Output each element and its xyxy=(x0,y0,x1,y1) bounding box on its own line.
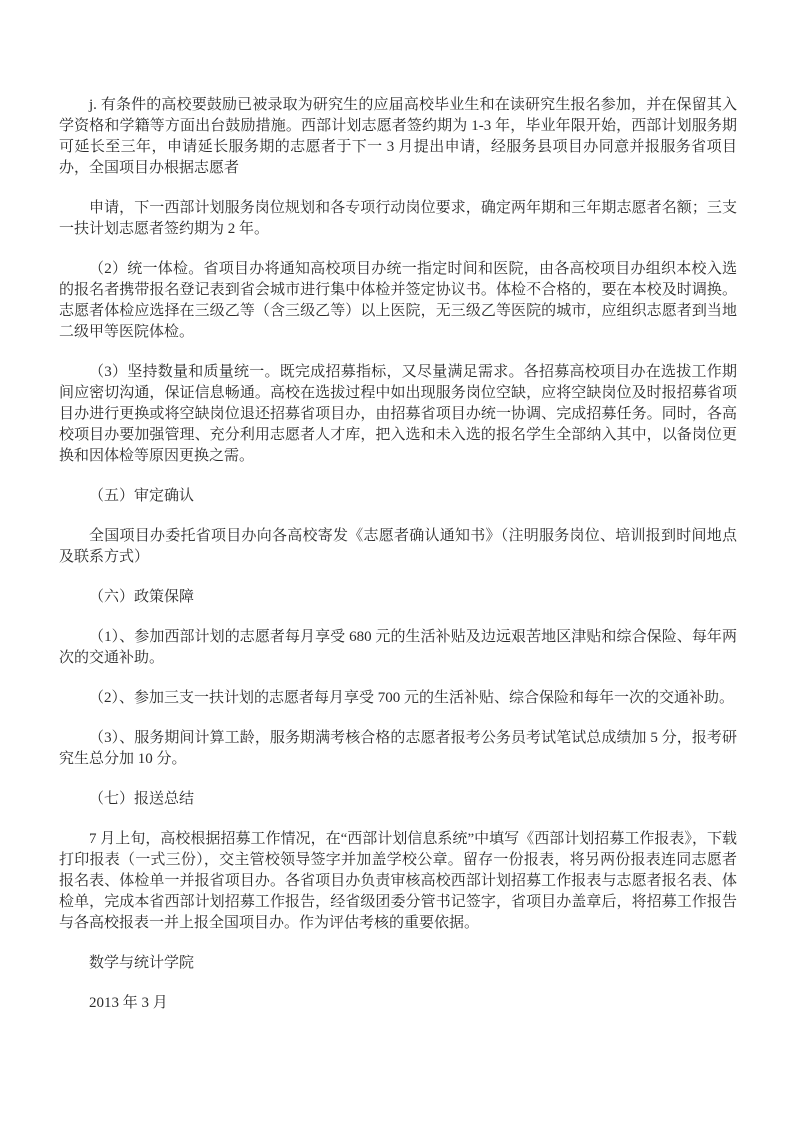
section-heading-7-report-summary: （七）报送总结 xyxy=(59,789,737,810)
body-paragraph-grad-student-encouragement: j. 有条件的高校要鼓励已被录取为研究生的应届高校毕业生和在读研究生报名参加，并… xyxy=(59,95,737,179)
body-paragraph-west-plan-subsidy: （1）、参加西部计划的志愿者每月享受 680 元的生活补贴及边远艰苦地区津贴和综… xyxy=(59,627,737,669)
body-paragraph-seniority-exam-bonus: （3）、服务期间计算工龄，服务期满考核合格的志愿者报考公务员考试笔试总成绩加 5… xyxy=(59,728,737,770)
section-heading-6-policy-guarantee: （六）政策保障 xyxy=(59,587,737,608)
document-text-block: j. 有条件的高校要鼓励已被录取为研究生的应届高校毕业生和在读研究生报名参加，并… xyxy=(59,95,737,1014)
body-paragraph-confirmation-notice: 全国项目办委托省项目办向各高校寄发《志愿者确认通知书》（注明服务岗位、培训报到时… xyxy=(59,526,737,568)
body-paragraph-july-reporting: 7 月上旬，高校根据招募工作情况，在“西部计划信息系统”中填写《西部计划招募工作… xyxy=(59,829,737,934)
body-paragraph-quantity-quality: （3）坚持数量和质量统一。既完成招募指标，又尽量满足需求。各招募高校项目办在选拔… xyxy=(59,362,737,467)
body-paragraph-sanzhiyifu-subsidy: （2）、参加三支一扶计划的志愿者每月享受 700 元的生活补贴、综合保险和每年一… xyxy=(59,688,737,709)
document-page: j. 有条件的高校要鼓励已被录取为研究生的应届高校毕业生和在读研究生报名参加，并… xyxy=(0,0,800,1132)
section-heading-5-review-confirmation: （五）审定确认 xyxy=(59,486,737,507)
body-paragraph-unified-physical-exam: （2）统一体检。省项目办将通知高校项目办统一指定时间和医院，由各高校项目办组织本… xyxy=(59,259,737,343)
body-paragraph-application-quota: 申请，下一西部计划服务岗位规划和各专项行动岗位要求，确定两年期和三年期志愿者名额… xyxy=(59,198,737,240)
signature-date: 2013 年 3 月 xyxy=(59,993,737,1014)
signature-unit: 数学与统计学院 xyxy=(59,953,737,974)
